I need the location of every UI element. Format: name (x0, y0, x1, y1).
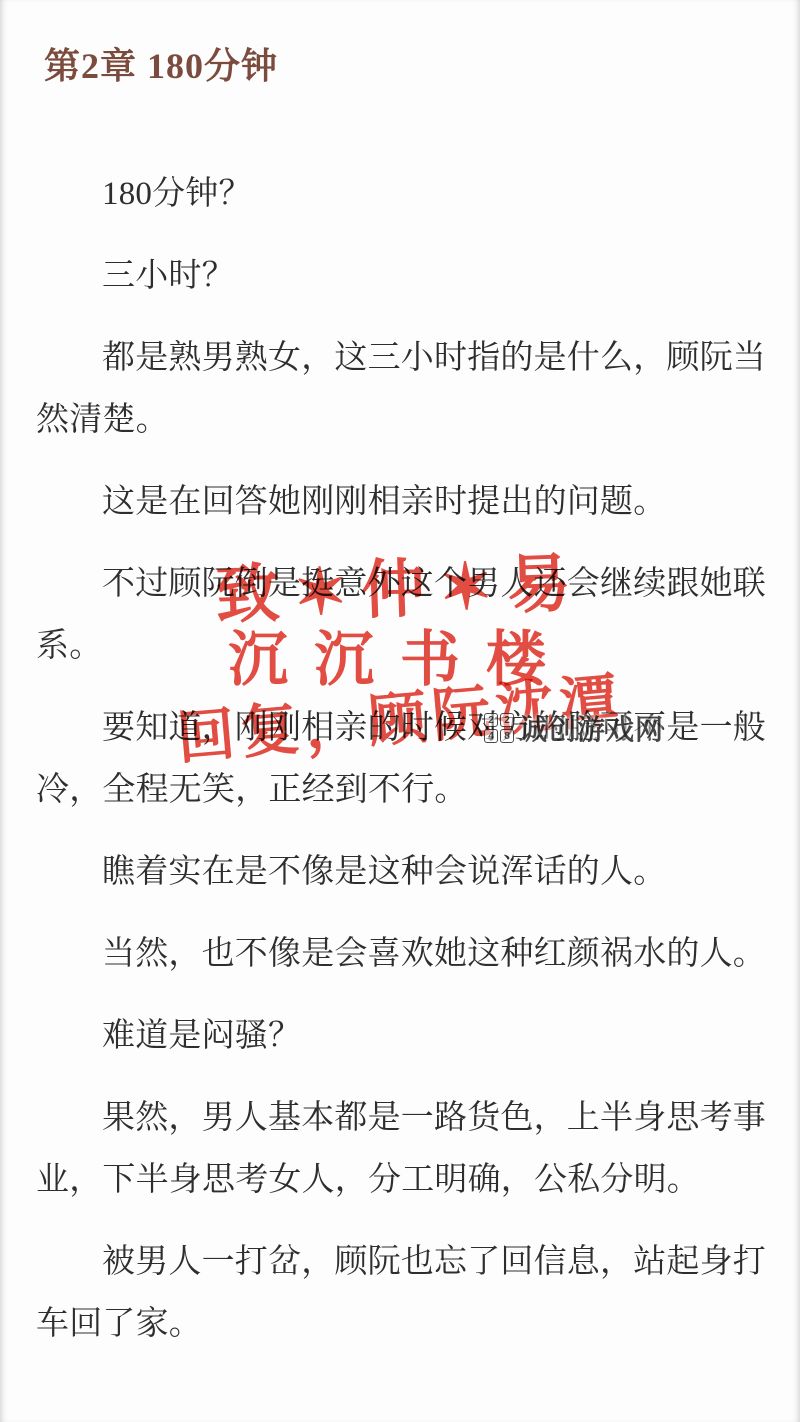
chapter-body: 180分钟？ 三小时？ 都是熟男熟女，这三小时指的是什么，顾阮当然清楚。 这是在… (36, 163, 766, 1375)
reader-page: 第2章 180分钟 180分钟？ 三小时？ 都是熟男熟女，这三小时指的是什么，顾… (0, 0, 800, 1422)
paragraph: 三小时？ (36, 245, 766, 307)
paragraph: 瞧着实在是不像是这种会说浑话的人。 (36, 841, 766, 903)
paragraph: 要知道，刚刚相亲的时候对方的脸可不是一般冷，全程无笑，正经到不行。 (36, 697, 766, 821)
paragraph: 被男人一打岔，顾阮也忘了回信息，站起身打车回了家。 (36, 1231, 766, 1355)
paragraph: 180分钟？ (36, 163, 766, 225)
paragraph: 果然，男人基本都是一路货色，上半身思考事业，下半身思考女人，分工明确，公私分明。 (36, 1087, 766, 1211)
paragraph: 不过顾阮倒是挺意外这个男人还会继续跟她联系。 (36, 553, 766, 677)
chapter-title: 第2章 180分钟 (44, 38, 278, 89)
paragraph: 这是在回答她刚刚相亲时提出的问题。 (36, 471, 766, 533)
paragraph: 当然，也不像是会喜欢她这种红颜祸水的人。 (36, 923, 766, 985)
paragraph: 都是熟男熟女，这三小时指的是什么，顾阮当然清楚。 (36, 327, 766, 451)
paragraph: 难道是闷骚？ (36, 1005, 766, 1067)
